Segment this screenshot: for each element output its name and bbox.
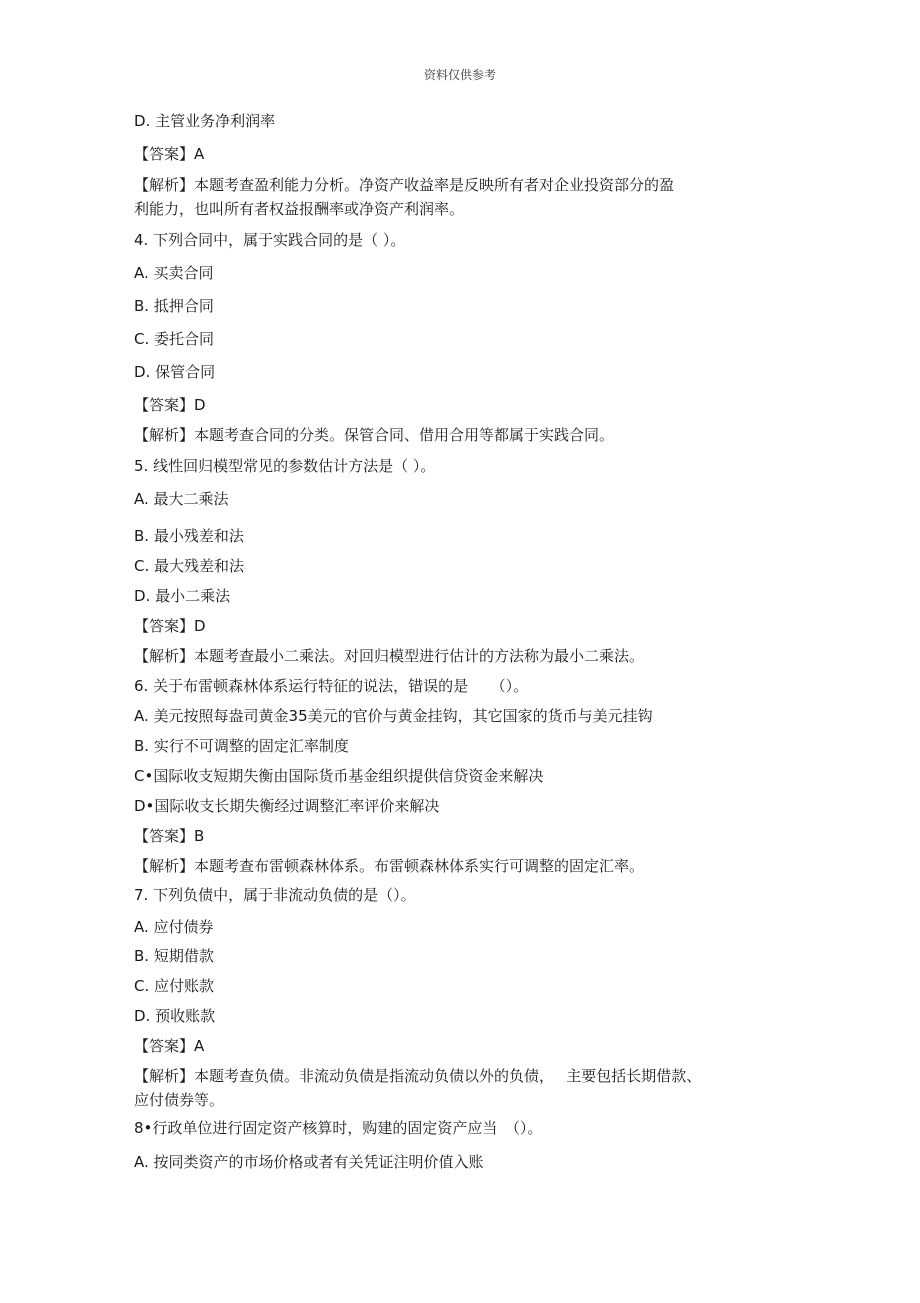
option-line: C•国际收支短期失衡由国际货币基金组织提供信贷资金来解决	[134, 766, 543, 786]
option-line: D. 预收账款	[134, 1006, 215, 1026]
analysis-line: 【解析】本题考查合同的分类。保管合同、借用合用等都属于实践合同。	[134, 425, 614, 445]
option-line: D•国际收支长期失衡经过调整汇率评价来解决	[134, 796, 439, 816]
analysis-line: 【解析】本题考查负债。非流动负债是指流动负债以外的负债， 主要包括长期借款、	[134, 1066, 701, 1086]
answer-line: 【答案】D	[134, 616, 206, 636]
option-line: C. 应付账款	[134, 976, 214, 996]
option-line: D. 保管合同	[134, 362, 215, 382]
question-line: 7. 下列负债中，属于非流动负债的是（）。	[134, 885, 416, 905]
option-line: B. 实行不可调整的固定汇率制度	[134, 736, 349, 756]
question-line: 4. 下列合同中，属于实践合同的是（ ）。	[134, 230, 405, 250]
option-line: D. 主管业务净利润率	[134, 111, 275, 131]
option-line: A. 最大二乘法	[134, 489, 229, 509]
option-line: B. 最小残差和法	[134, 526, 244, 546]
option-line: B. 短期借款	[134, 946, 214, 966]
analysis-line: 【解析】本题考查最小二乘法。对回归模型进行估计的方法称为最小二乘法。	[134, 646, 644, 666]
option-line: A. 买卖合同	[134, 263, 214, 283]
answer-line: 【答案】D	[134, 395, 206, 415]
analysis-continuation: 利能力，也叫所有者权益报酬率或净资产利润率。	[134, 199, 464, 219]
option-line: A. 按同类资产的市场价格或者有关凭证注明价值入账	[134, 1152, 484, 1172]
question-line: 5. 线性回归模型常见的参数估计方法是（ ）。	[134, 456, 435, 476]
analysis-line: 【解析】本题考查盈利能力分析。净资产收益率是反映所有者对企业投资部分的盈	[134, 175, 674, 195]
page-header: 资料仅供参考	[0, 66, 920, 83]
answer-line: 【答案】B	[134, 826, 204, 846]
analysis-line: 【解析】本题考查布雷顿森林体系。布雷顿森林体系实行可调整的固定汇率。	[134, 856, 644, 876]
option-line: C. 最大残差和法	[134, 556, 244, 576]
answer-line: 【答案】A	[134, 1036, 204, 1056]
option-line: A. 美元按照每盎司黄金35美元的官价与黄金挂钩，其它国家的货币与美元挂钩	[134, 706, 653, 726]
option-line: C. 委托合同	[134, 329, 214, 349]
option-line: B. 抵押合同	[134, 296, 214, 316]
analysis-continuation: 应付债券等。	[134, 1090, 224, 1110]
question-line: 6. 关于布雷顿森林体系运行特征的说法，错误的是 （）。	[134, 676, 528, 696]
question-line: 8•行政单位进行固定资产核算时，购建的固定资产应当 （）。	[134, 1118, 542, 1138]
option-line: A. 应付债券	[134, 917, 214, 937]
answer-line: 【答案】A	[134, 144, 204, 164]
option-line: D. 最小二乘法	[134, 586, 230, 606]
document-page: 资料仅供参考 D. 主管业务净利润率 【答案】A 【解析】本题考查盈利能力分析。…	[0, 0, 920, 1303]
